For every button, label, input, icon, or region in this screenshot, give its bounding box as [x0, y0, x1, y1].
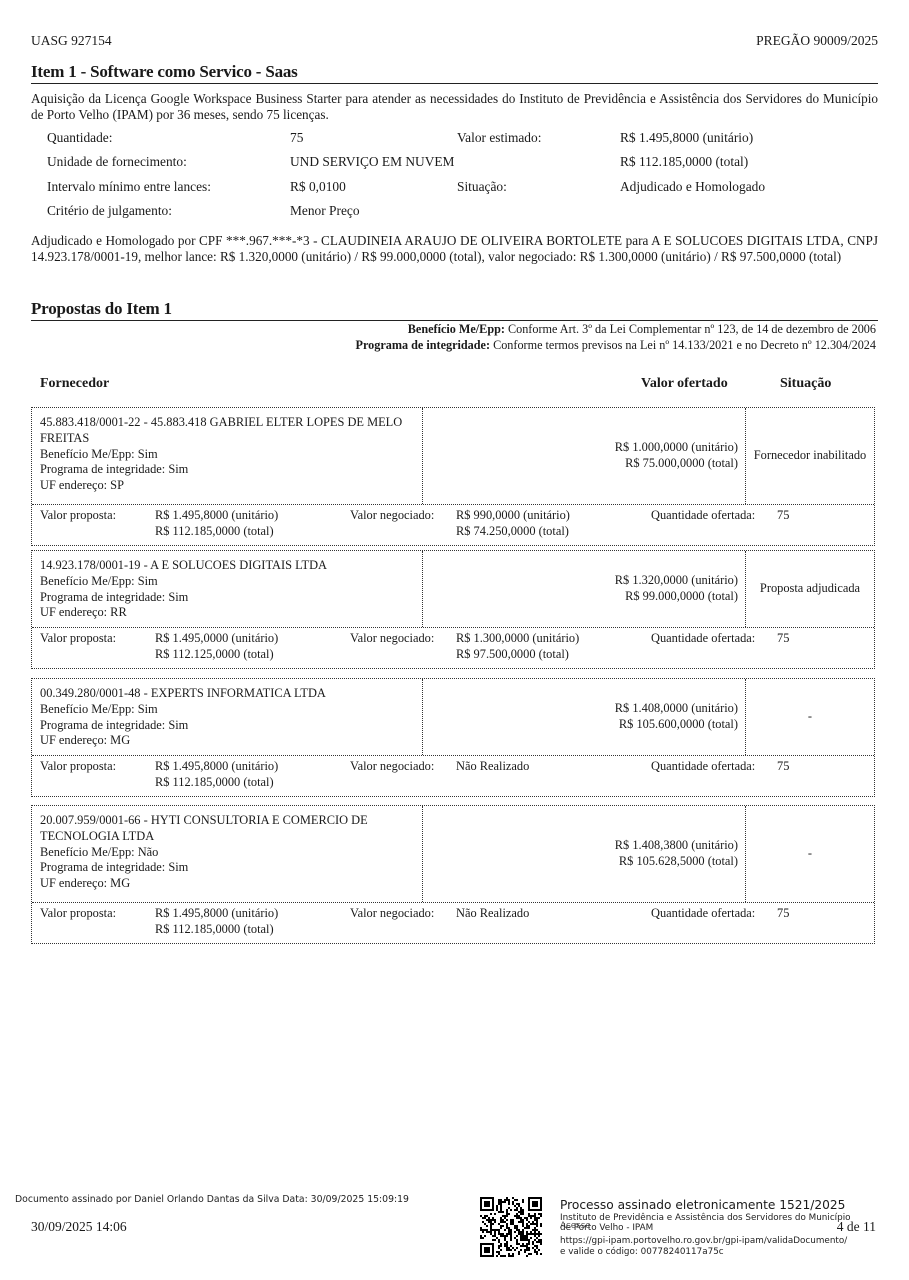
proposal-status: Fornecedor inabilitado	[754, 448, 867, 464]
proposals-title: Propostas do Item 1	[31, 299, 878, 321]
offer-unit: R$ 1.408,0000 (unitário)	[615, 701, 738, 717]
supplier-cell: 00.349.280/0001-48 - EXPERTS INFORMATICA…	[32, 679, 423, 755]
supplier-uf: UF endereço: MG	[40, 876, 416, 892]
signature-line: Documento assinado por Daniel Orlando Da…	[15, 1194, 409, 1205]
supplier-name: 00.349.280/0001-48 - EXPERTS INFORMATICA…	[40, 686, 416, 702]
criterio-label: Critério de julgamento:	[47, 203, 172, 219]
supplier-integridade: Programa de integridade: Sim	[40, 860, 416, 876]
situacao-label: Situação:	[457, 179, 507, 195]
proposal-main: 00.349.280/0001-48 - EXPERTS INFORMATICA…	[32, 679, 874, 756]
valor-proposta-label: Valor proposta:	[40, 906, 116, 922]
status-cell: -	[746, 806, 874, 902]
proposal-details: Valor proposta: R$ 1.495,8000 (unitário)…	[32, 756, 874, 796]
proposal-status: Proposta adjudicada	[760, 581, 860, 597]
valor-proposta-label: Valor proposta:	[40, 759, 116, 775]
item-description: Aquisição da Licença Google Workspace Bu…	[31, 91, 878, 123]
supplier-beneficio: Benefício Me/Epp: Não	[40, 845, 416, 861]
valor-estimado-label: Valor estimado:	[457, 130, 541, 146]
column-header-situacao: Situação	[780, 376, 831, 392]
valor-negociado-values: R$ 990,0000 (unitário)R$ 74.250,0000 (to…	[456, 508, 570, 540]
quantidade-ofertada-label: Quantidade ofertada:	[651, 508, 755, 524]
status-cell: Proposta adjudicada	[746, 551, 874, 627]
supplier-uf: UF endereço: MG	[40, 733, 416, 749]
quantidade-value: 75	[290, 130, 303, 146]
offer-unit: R$ 1.408,3800 (unitário)	[615, 838, 738, 854]
proposal-main: 20.007.959/0001-66 - HYTI CONSULTORIA E …	[32, 806, 874, 903]
supplier-uf: UF endereço: SP	[40, 478, 416, 494]
proposal-main: 45.883.418/0001-22 - 45.883.418 GABRIEL …	[32, 408, 874, 505]
intervalo-value: R$ 0,0100	[290, 179, 346, 195]
proposals-notes: Benefício Me/Epp: Conforme Art. 3º da Le…	[356, 321, 876, 353]
valor-negociado-label: Valor negociado:	[350, 759, 434, 775]
supplier-uf: UF endereço: RR	[40, 605, 416, 621]
valor-negociado-label: Valor negociado:	[350, 631, 434, 647]
proposal-main: 14.923.178/0001-19 - A E SOLUCOES DIGITA…	[32, 551, 874, 628]
valor-estimado-total: R$ 112.185,0000 (total)	[620, 154, 748, 170]
valor-proposta-label: Valor proposta:	[40, 508, 116, 524]
offer-cell: R$ 1.408,3800 (unitário) R$ 105.628,5000…	[423, 806, 746, 902]
supplier-name: 45.883.418/0001-22 - 45.883.418 GABRIEL …	[40, 415, 416, 447]
offer-cell: R$ 1.320,0000 (unitário) R$ 99.000,0000 …	[423, 551, 746, 627]
quantidade-ofertada-label: Quantidade ofertada:	[651, 906, 755, 922]
beneficio-note: Benefício Me/Epp: Conforme Art. 3º da Le…	[356, 321, 876, 337]
offer-cell: R$ 1.408,0000 (unitário) R$ 105.600,0000…	[423, 679, 746, 755]
quantidade-ofertada-value: 75	[777, 631, 789, 647]
offer-cell: R$ 1.000,0000 (unitário) R$ 75.000,0000 …	[423, 408, 746, 504]
valor-estimado-unit: R$ 1.495,8000 (unitário)	[620, 130, 753, 146]
proposal-status: -	[808, 709, 812, 725]
supplier-beneficio: Benefício Me/Epp: Sim	[40, 702, 416, 718]
print-date: 30/09/2025 14:06	[31, 1219, 127, 1235]
valor-negociado-label: Valor negociado:	[350, 906, 434, 922]
validation-url[interactable]: https://gpi-ipam.portovelho.ro.gov.br/gp…	[560, 1236, 847, 1247]
supplier-integridade: Programa de integridade: Sim	[40, 718, 416, 734]
offer-total: R$ 99.000,0000 (total)	[625, 589, 738, 605]
proposal-details: Valor proposta: R$ 1.495,0000 (unitário)…	[32, 628, 874, 668]
quantidade-ofertada-label: Quantidade ofertada:	[651, 759, 755, 775]
uasg-number: UASG 927154	[31, 33, 112, 49]
supplier-name: 20.007.959/0001-66 - HYTI CONSULTORIA E …	[40, 813, 416, 845]
quantidade-ofertada-label: Quantidade ofertada:	[651, 631, 755, 647]
valor-proposta-values: R$ 1.495,0000 (unitário)R$ 112.125,0000 …	[155, 631, 278, 663]
institution-line-2: de Porto Velho - IPAM	[560, 1223, 653, 1234]
offer-unit: R$ 1.000,0000 (unitário)	[615, 440, 738, 456]
status-cell: Fornecedor inabilitado	[746, 408, 874, 504]
offer-total: R$ 75.000,0000 (total)	[625, 456, 738, 472]
supplier-beneficio: Benefício Me/Epp: Sim	[40, 574, 416, 590]
valor-proposta-values: R$ 1.495,8000 (unitário)R$ 112.185,0000 …	[155, 906, 278, 938]
valor-proposta-values: R$ 1.495,8000 (unitário)R$ 112.185,0000 …	[155, 508, 278, 540]
unidade-label: Unidade de fornecimento:	[47, 154, 187, 170]
valor-negociado-values: Não Realizado	[456, 759, 529, 775]
proposal-row: 20.007.959/0001-66 - HYTI CONSULTORIA E …	[31, 805, 875, 944]
adjudication-text: Adjudicado e Homologado por CPF ***.967.…	[31, 233, 878, 265]
offer-total: R$ 105.628,5000 (total)	[619, 854, 738, 870]
offer-unit: R$ 1.320,0000 (unitário)	[615, 573, 738, 589]
valor-proposta-label: Valor proposta:	[40, 631, 116, 647]
supplier-integridade: Programa de integridade: Sim	[40, 590, 416, 606]
proposal-details: Valor proposta: R$ 1.495,8000 (unitário)…	[32, 903, 874, 943]
status-cell: -	[746, 679, 874, 755]
proposal-row: 00.349.280/0001-48 - EXPERTS INFORMATICA…	[31, 678, 875, 797]
supplier-cell: 14.923.178/0001-19 - A E SOLUCOES DIGITA…	[32, 551, 423, 627]
column-header-valor-ofertado: Valor ofertado	[641, 376, 728, 392]
supplier-cell: 20.007.959/0001-66 - HYTI CONSULTORIA E …	[32, 806, 423, 902]
proposal-details: Valor proposta: R$ 1.495,8000 (unitário)…	[32, 505, 874, 545]
qr-code-icon[interactable]	[480, 1197, 542, 1257]
offer-total: R$ 105.600,0000 (total)	[619, 717, 738, 733]
proposal-row: 14.923.178/0001-19 - A E SOLUCOES DIGITA…	[31, 550, 875, 669]
page-number: 4 de 11	[837, 1219, 876, 1235]
validation-code: e valide o código: 00778240117a75c	[560, 1247, 724, 1258]
valor-negociado-values: R$ 1.300,0000 (unitário)R$ 97.500,0000 (…	[456, 631, 579, 663]
process-title: Processo assinado eletronicamente 1521/2…	[560, 1198, 845, 1212]
institution-line-1: Instituto de Previdência e Assistência d…	[560, 1213, 851, 1224]
proposal-row: 45.883.418/0001-22 - 45.883.418 GABRIEL …	[31, 407, 875, 546]
proposal-status: -	[808, 846, 812, 862]
situacao-value: Adjudicado e Homologado	[620, 179, 765, 195]
criterio-value: Menor Preço	[290, 203, 360, 219]
pregao-number: PREGÃO 90009/2025	[756, 33, 878, 49]
integridade-note: Programa de integridade: Conforme termos…	[356, 337, 876, 353]
quantidade-ofertada-value: 75	[777, 906, 789, 922]
valor-proposta-values: R$ 1.495,8000 (unitário)R$ 112.185,0000 …	[155, 759, 278, 791]
valor-negociado-values: Não Realizado	[456, 906, 529, 922]
item-title: Item 1 - Software como Servico - Saas	[31, 62, 878, 84]
supplier-cell: 45.883.418/0001-22 - 45.883.418 GABRIEL …	[32, 408, 423, 504]
quantidade-label: Quantidade:	[47, 130, 112, 146]
column-header-fornecedor: Fornecedor	[40, 376, 109, 392]
quantidade-ofertada-value: 75	[777, 508, 789, 524]
unidade-value: UND SERVIÇO EM NUVEM	[290, 154, 454, 170]
supplier-beneficio: Benefício Me/Epp: Sim	[40, 447, 416, 463]
intervalo-label: Intervalo mínimo entre lances:	[47, 179, 211, 195]
quantidade-ofertada-value: 75	[777, 759, 789, 775]
supplier-name: 14.923.178/0001-19 - A E SOLUCOES DIGITA…	[40, 558, 416, 574]
supplier-integridade: Programa de integridade: Sim	[40, 462, 416, 478]
valor-negociado-label: Valor negociado:	[350, 508, 434, 524]
